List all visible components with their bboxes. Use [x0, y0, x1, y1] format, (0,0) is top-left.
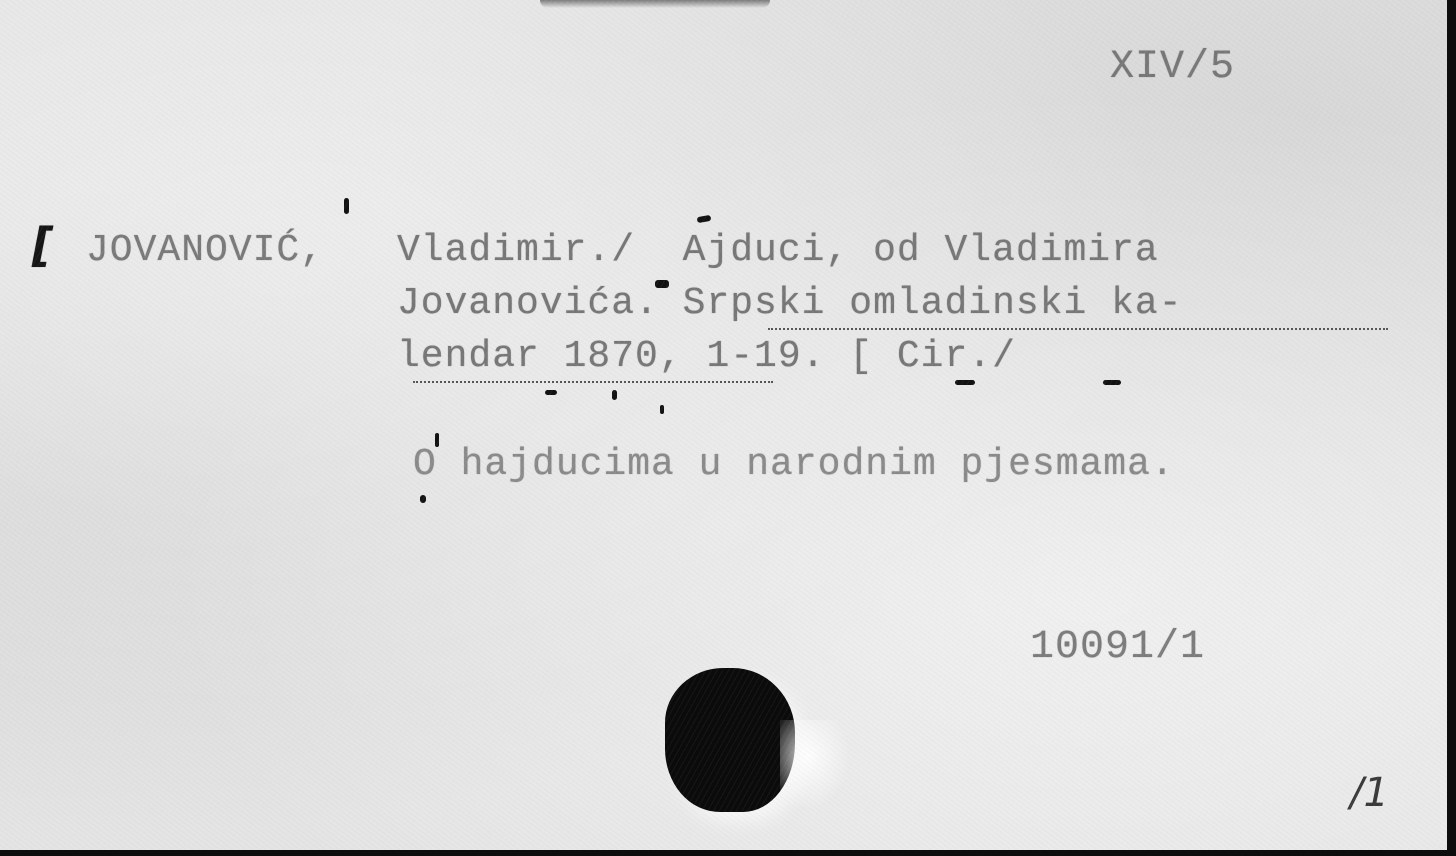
bracket-mark-icon: [955, 380, 975, 385]
accession-number: 10091/1: [1030, 628, 1205, 668]
scan-border-bottom: [0, 850, 1456, 856]
call-number: XIV/5: [1110, 48, 1235, 88]
torn-paper: [780, 720, 850, 810]
tick-mark-icon: [612, 390, 617, 400]
punch-hole: [665, 668, 795, 812]
tick-mark-icon: [545, 390, 557, 395]
bracket-mark-icon: [: [32, 222, 54, 268]
subject-note: O hajducima u narodnim pjesmama.: [413, 446, 1175, 484]
title-underline-1: [768, 328, 1388, 330]
title-underline-2: [413, 381, 773, 383]
entry-line-3: lendar 1870, 1-19. [ Cir./: [397, 338, 1016, 376]
tick-mark-icon: [420, 495, 426, 503]
hacek-mark-icon: [655, 280, 669, 288]
accent-mark-icon: [344, 198, 349, 214]
scan-shadow: [540, 0, 770, 8]
bracket-mark-icon: [1103, 380, 1121, 385]
author-heading: JOVANOVIĆ,: [86, 232, 324, 270]
tick-mark-icon: [660, 405, 664, 414]
entry-line-1: Vladimir./ Ajduci, od Vladimira: [397, 232, 1159, 270]
catalog-card: XIV/5 [ JOVANOVIĆ, Vladimir./ Ajduci, od…: [0, 0, 1447, 850]
entry-line-2: Jovanovića. Srpski omladinski ka-: [397, 285, 1183, 323]
pencil-mark: /1: [1350, 770, 1389, 816]
bracket-close-mark-icon: [697, 215, 712, 223]
scan-border-right: [1447, 0, 1456, 856]
